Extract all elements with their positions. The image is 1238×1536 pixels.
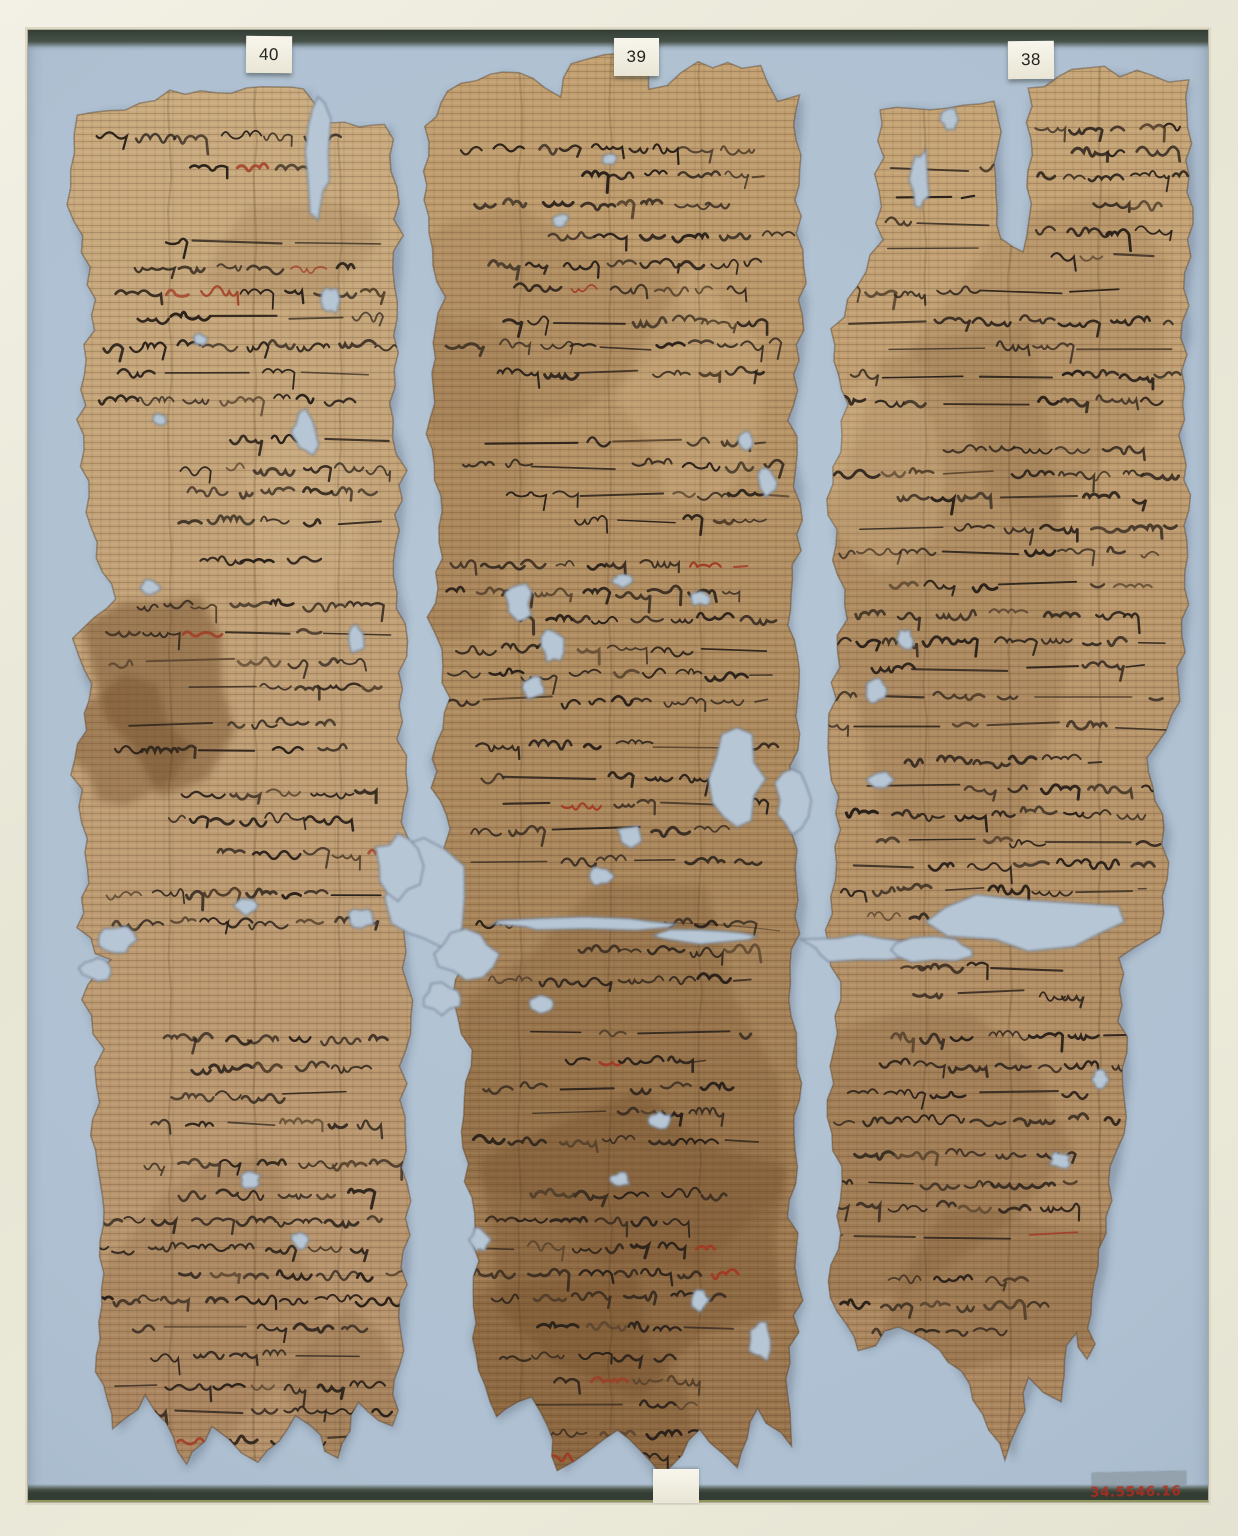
accession-number-stamp: 34.5546.16 — [1090, 1483, 1182, 1501]
column-number-tab-38: 38 — [1008, 41, 1054, 79]
tab-label: 38 — [1021, 50, 1041, 70]
tab-label: 39 — [627, 47, 647, 67]
framed-papyrus-photo: 40 39 38 34.5546.16 — [0, 0, 1238, 1536]
blank-tab-bottom — [653, 1469, 699, 1503]
tab-label: 40 — [259, 44, 279, 64]
column-number-tab-39: 39 — [614, 38, 659, 76]
column-number-tab-40: 40 — [246, 36, 292, 73]
papyrus-fragments — [28, 30, 1208, 1502]
